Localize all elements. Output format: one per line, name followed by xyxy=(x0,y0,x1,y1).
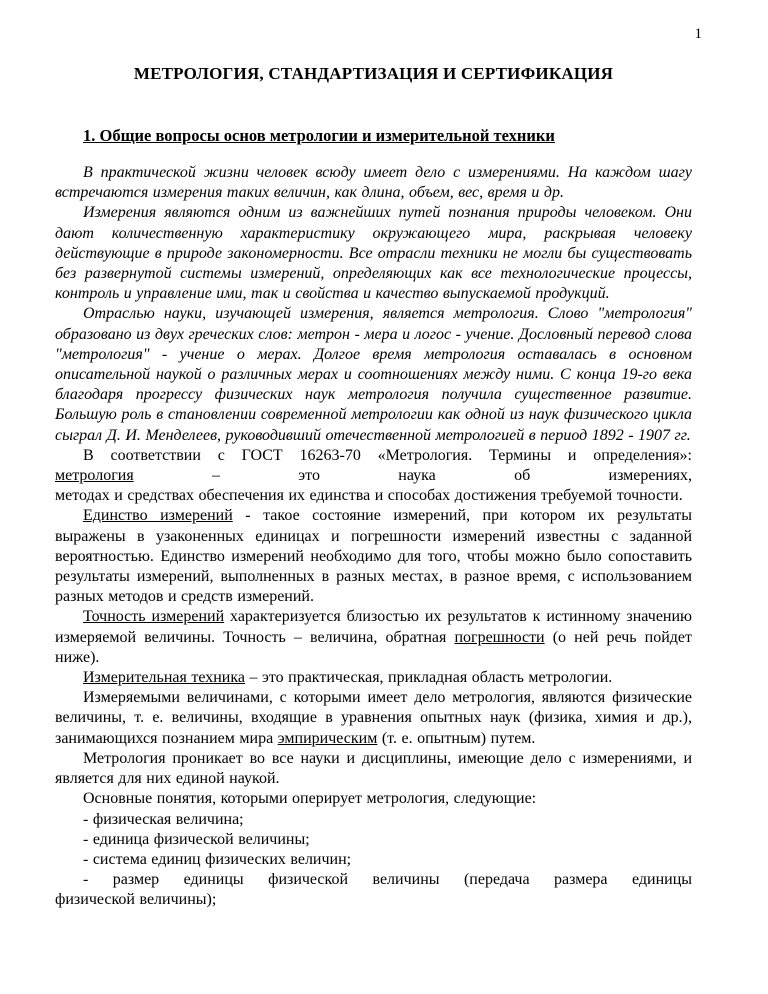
underlined-term: Точность измерений xyxy=(83,608,224,625)
text-segment: В практической жизни человек всюду имеет… xyxy=(55,164,692,201)
underlined-term: погрешности xyxy=(454,629,544,646)
paragraph-gost-definition: В соответствии с ГОСТ 16263-70 «Метролог… xyxy=(55,446,692,486)
text-segment: - размер единицы физической величины (пе… xyxy=(83,871,692,888)
text-segment: Основные понятия, которыми оперирует мет… xyxy=(83,790,536,807)
document-body: В практической жизни человек всюду имеет… xyxy=(55,163,692,911)
paragraph-gost-definition-continued: методах и средствах обеспечения их единс… xyxy=(55,486,692,506)
text-segment: В соответствии с ГОСТ 16263-70 «Метролог… xyxy=(83,447,692,464)
list-item-unit-size-continued: физической величины); xyxy=(55,890,692,910)
underlined-term: эмпирическим xyxy=(278,730,378,747)
paragraph-basic-concepts: Основные понятия, которыми оперирует мет… xyxy=(55,789,692,809)
document-page: 1 МЕТРОЛОГИЯ, СТАНДАРТИЗАЦИЯ И СЕРТИФИКА… xyxy=(0,0,768,994)
section-heading: 1. Общие вопросы основ метрологии и изме… xyxy=(55,126,692,146)
list-item-unit-of-physical-quantity: - единица физической величины; xyxy=(55,830,692,850)
list-item-physical-quantity: - физическая величина; xyxy=(55,810,692,830)
document-title: МЕТРОЛОГИЯ, СТАНДАРТИЗАЦИЯ И СЕРТИФИКАЦИ… xyxy=(55,64,692,84)
paragraph-unity-of-measurements: Единство измерений - такое состояние изм… xyxy=(55,506,692,607)
list-item-system-of-units: - система единиц физических величин; xyxy=(55,850,692,870)
paragraph-measurements-role: Измерения являются одним из важнейших пу… xyxy=(55,203,692,304)
text-segment: - единица физической величины; xyxy=(83,831,310,848)
paragraph-intro: В практической жизни человек всюду имеет… xyxy=(55,163,692,203)
underlined-term: Единство измерений xyxy=(83,507,233,524)
page-number: 1 xyxy=(55,26,702,42)
text-segment: – это наука об измерениях, xyxy=(134,467,692,484)
text-segment: - физическая величина; xyxy=(83,811,244,828)
text-segment: – это практическая, прикладная область м… xyxy=(245,669,612,686)
text-segment: Отраслью науки, изучающей измерения, явл… xyxy=(55,305,692,443)
paragraph-measured-quantities: Измеряемыми величинами, с которыми имеет… xyxy=(55,688,692,749)
text-segment: Метрология проникает во все науки и дисц… xyxy=(55,750,692,787)
text-segment: Измерения являются одним из важнейших пу… xyxy=(55,204,692,302)
text-segment: - система единиц физических величин; xyxy=(83,851,351,868)
paragraph-accuracy: Точность измерений характеризуется близо… xyxy=(55,607,692,668)
list-item-unit-size: - размер единицы физической величины (пе… xyxy=(55,870,692,890)
underlined-term: Измерительная техника xyxy=(83,669,245,686)
paragraph-measuring-technique: Измерительная техника – это практическая… xyxy=(55,668,692,688)
paragraph-metrology-history: Отраслью науки, изучающей измерения, явл… xyxy=(55,304,692,445)
text-segment: (т. е. опытным) путем. xyxy=(377,730,535,747)
underlined-term: метрология xyxy=(55,467,134,484)
paragraph-metrology-unified: Метрология проникает во все науки и дисц… xyxy=(55,749,692,789)
text-segment: физической величины); xyxy=(55,891,216,908)
text-segment: методах и средствах обеспечения их единс… xyxy=(55,487,683,504)
